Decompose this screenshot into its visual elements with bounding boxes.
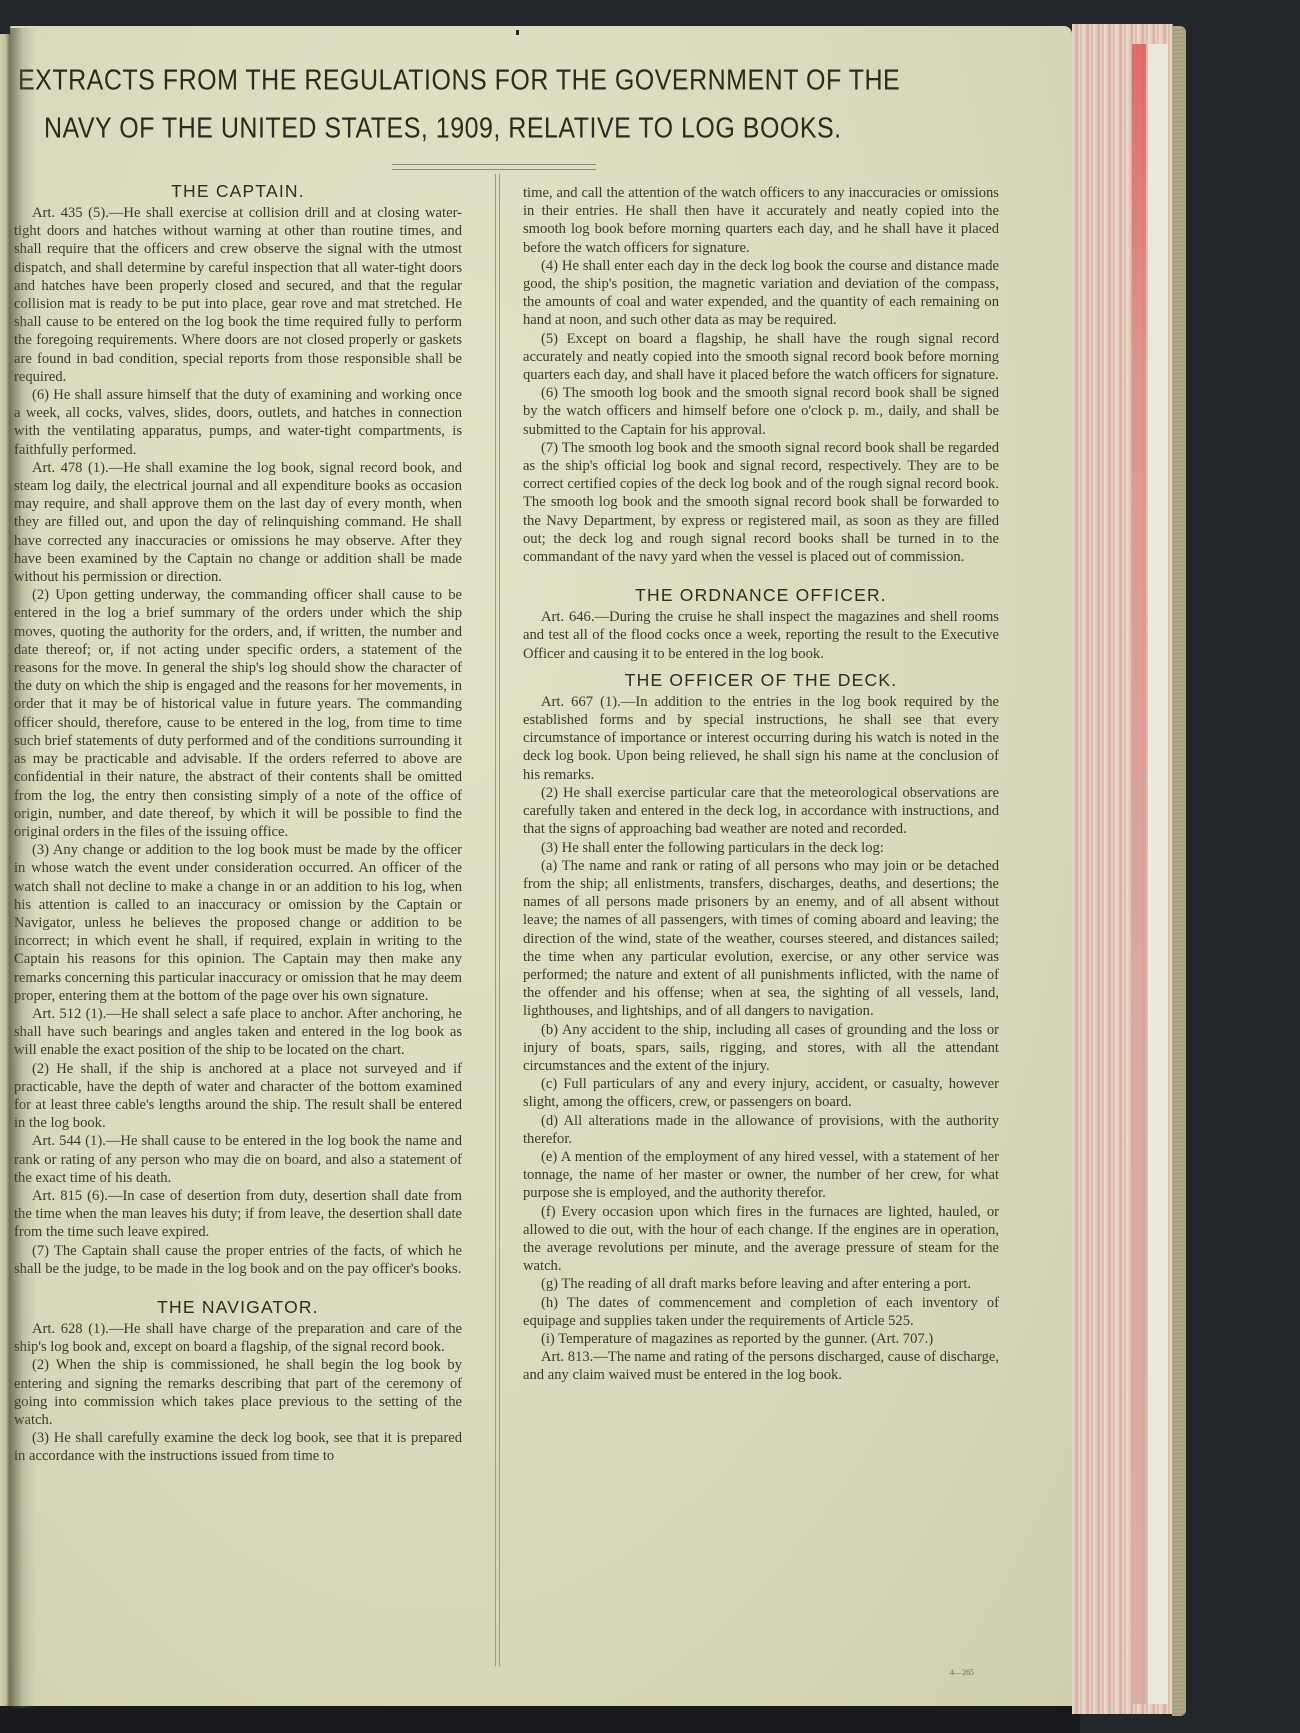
paragraph: (2) When the ship is commissioned, he sh… xyxy=(14,1356,462,1429)
paragraph: (7) The smooth log book and the smooth s… xyxy=(523,439,999,566)
paragraph: Art. 512 (1).—He shall select a safe pla… xyxy=(14,1005,462,1060)
background-surface xyxy=(0,1706,1080,1733)
section-ordnance-officer: THE ORDNANCE OFFICER. Art. 646.—During t… xyxy=(523,584,999,663)
section-heading-officer-of-the-deck: THE OFFICER OF THE DECK. xyxy=(523,669,999,691)
paragraph: (d) All alterations made in the allowanc… xyxy=(523,1112,999,1148)
book-cover-side-edge xyxy=(1172,26,1186,1716)
paragraph: Art. 646.—During the cruise he shall ins… xyxy=(523,608,999,663)
paragraph: (f) Every occasion upon which fires in t… xyxy=(523,1203,999,1276)
paragraph: (2) He shall, if the ship is anchored at… xyxy=(14,1060,462,1133)
paragraph: (b) Any accident to the ship, including … xyxy=(523,1021,999,1076)
title-line-2: NAVY OF THE UNITED STATES, 1909, RELATIV… xyxy=(44,112,842,145)
paragraph: (h) The dates of commencement and comple… xyxy=(523,1294,999,1330)
paragraph: Art. 544 (1).—He shall cause to be enter… xyxy=(14,1132,462,1187)
title-double-rule xyxy=(392,164,596,170)
paragraph: (a) The name and rank or rating of all p… xyxy=(523,857,999,1021)
section-heading-ordnance-officer: THE ORDNANCE OFFICER. xyxy=(523,584,999,606)
title-line-1: EXTRACTS FROM THE REGULATIONS FOR THE GO… xyxy=(18,64,900,97)
paragraph: (4) He shall enter each day in the deck … xyxy=(523,257,999,330)
paragraph: (e) A mention of the employment of any h… xyxy=(523,1148,999,1203)
section-navigator-continued: time, and call the attention of the watc… xyxy=(523,184,999,566)
paragraph: (c) Full particulars of any and every in… xyxy=(523,1075,999,1111)
paragraph: (2) He shall exercise particular care th… xyxy=(523,784,999,839)
section-navigator: THE NAVIGATOR. Art. 628 (1).—He shall ha… xyxy=(14,1296,462,1466)
paragraph: (6) He shall assure himself that the dut… xyxy=(14,386,462,459)
paragraph: (3) He shall carefully examine the deck … xyxy=(14,1429,462,1465)
paragraph: (7) The Captain shall cause the proper e… xyxy=(14,1242,462,1278)
right-column: time, and call the attention of the watc… xyxy=(523,184,999,1385)
paragraph-continuation: time, and call the attention of the watc… xyxy=(523,184,999,257)
paragraph: (6) The smooth log book and the smooth s… xyxy=(523,384,999,439)
paragraph: (g) The reading of all draft marks befor… xyxy=(523,1275,999,1293)
page-number: 4—265 xyxy=(950,1668,974,1677)
paragraph: (3) He shall enter the following particu… xyxy=(523,839,999,857)
paragraph: Art. 478 (1).—He shall examine the log b… xyxy=(14,459,462,586)
paragraph: Art. 813.—The name and rating of the per… xyxy=(523,1348,999,1384)
section-captain: THE CAPTAIN. Art. 435 (5).—He shall exer… xyxy=(14,180,462,1278)
facing-page-edge xyxy=(0,34,10,1724)
section-officer-of-the-deck: THE OFFICER OF THE DECK. Art. 667 (1).—I… xyxy=(523,669,999,1385)
page-mark xyxy=(516,30,519,35)
paragraph: (i) Temperature of magazines as reported… xyxy=(523,1330,999,1348)
column-divider xyxy=(495,174,500,1666)
paragraph: (5) Except on board a flagship, he shall… xyxy=(523,330,999,385)
paragraph: (3) Any change or addition to the log bo… xyxy=(14,841,462,1005)
paragraph: Art. 435 (5).—He shall exercise at colli… xyxy=(14,204,462,386)
paragraph: Art. 628 (1).—He shall have charge of th… xyxy=(14,1320,462,1356)
page-stack-edges xyxy=(1072,24,1173,1714)
paragraph: Art. 815 (6).—In case of desertion from … xyxy=(14,1187,462,1242)
left-column: THE CAPTAIN. Art. 435 (5).—He shall exer… xyxy=(14,180,462,1466)
red-edge-stain xyxy=(1132,44,1146,1704)
paragraph: Art. 667 (1).—In addition to the entries… xyxy=(523,693,999,784)
paragraph: (2) Upon getting underway, the commandin… xyxy=(14,586,462,841)
section-heading-captain: THE CAPTAIN. xyxy=(14,180,462,202)
endpaper-edge xyxy=(1148,44,1168,1704)
section-heading-navigator: THE NAVIGATOR. xyxy=(14,1296,462,1318)
